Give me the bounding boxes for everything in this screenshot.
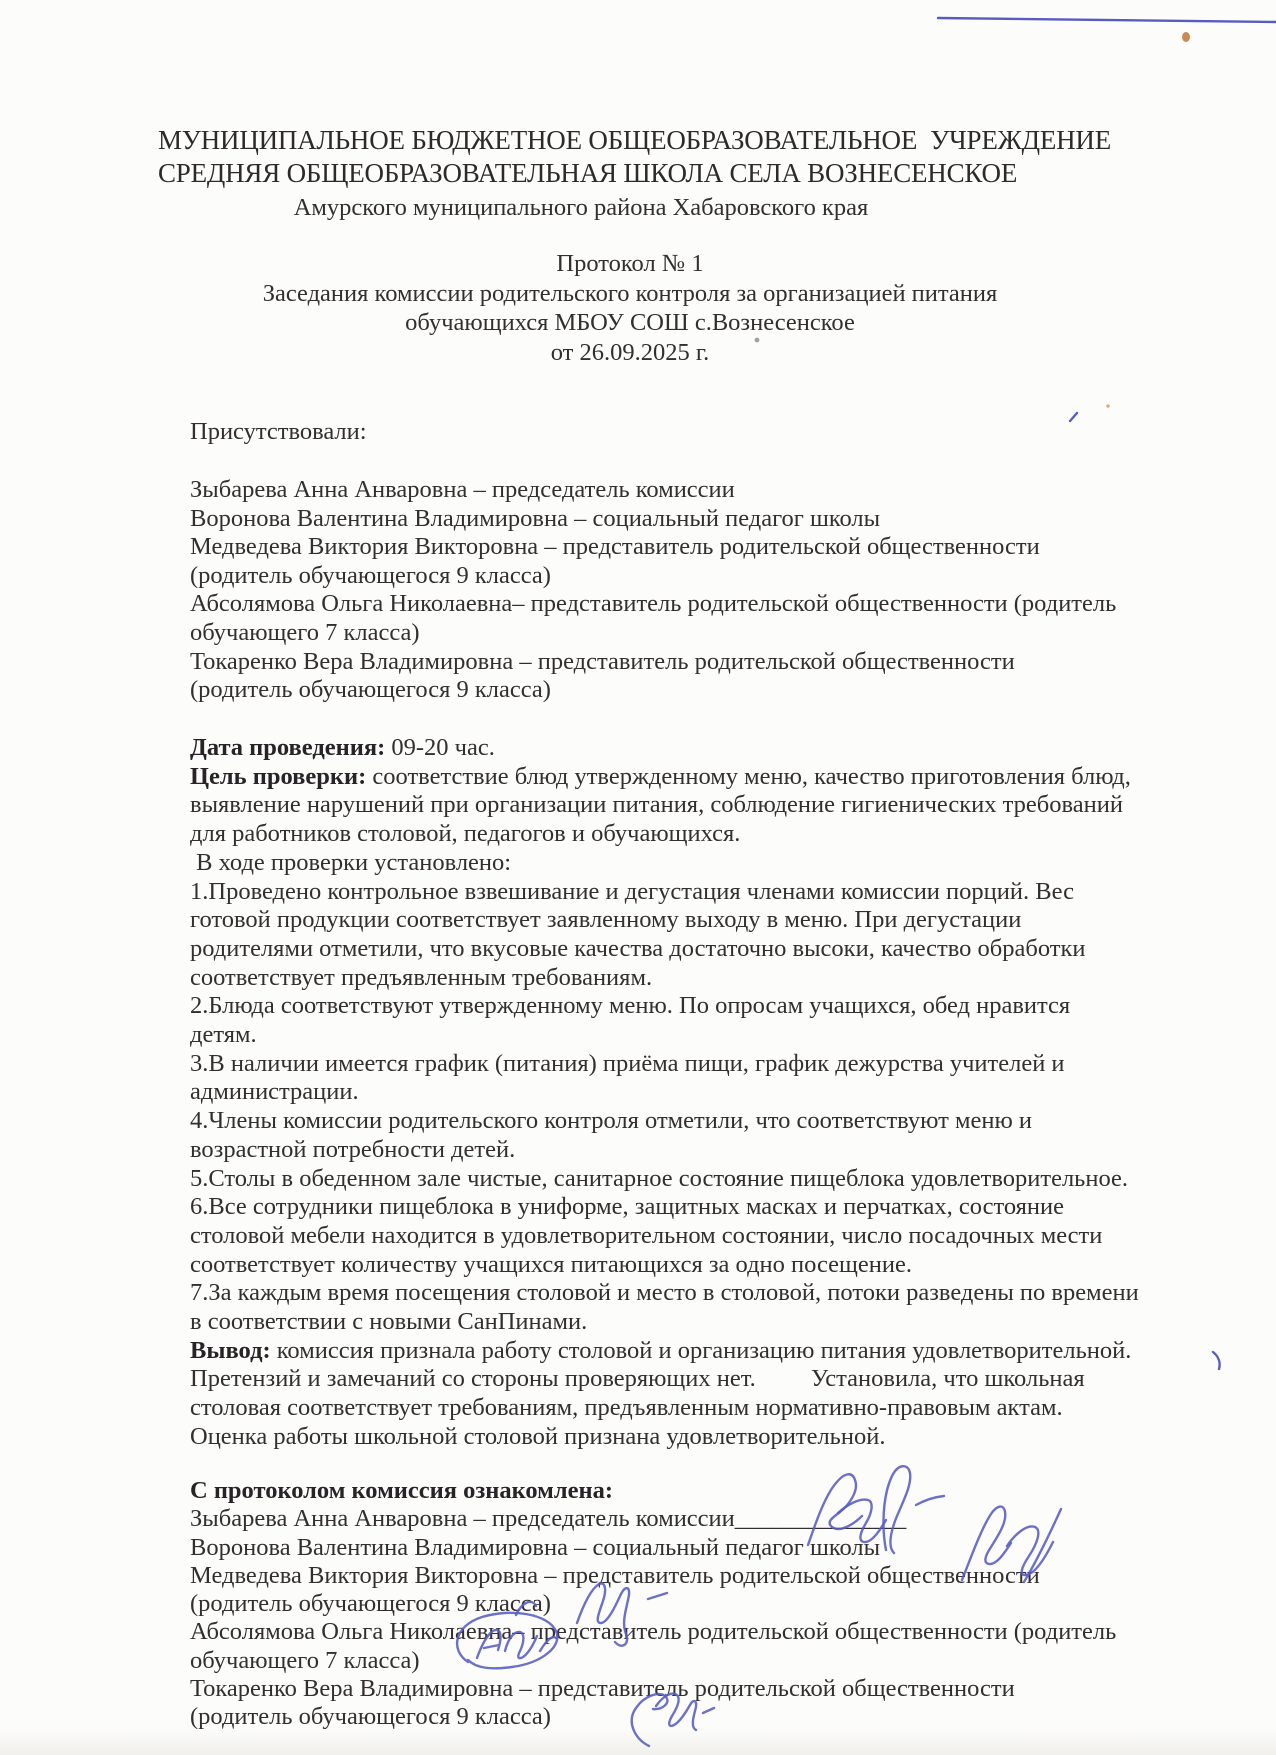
scan-speck-orange-2 [1106,404,1110,408]
body-text-line: 7.За каждым время посещения столовой и м… [190,1279,1180,1308]
body-text-line: Вывод: комиссия признала работу столовой… [190,1337,1180,1366]
acknowledgement-line: обучающего 7 класса) [190,1647,1180,1675]
document-header: МУНИЦИПАЛЬНОЕ БЮДЖЕТНОЕ ОБЩЕОБРАЗОВАТЕЛЬ… [158,124,1004,223]
body-text-line: выявление нарушений при организации пита… [190,791,1180,820]
acknowledgement-block: С протоколом комиссия ознакомлена: Зыбар… [190,1477,1180,1732]
body-text-line: 4.Члены комиссии родительского контроля … [190,1107,1180,1136]
scan-speck-orange [1182,32,1190,42]
body-text-line: соответствует количеству учащихся питающ… [190,1251,1180,1280]
body-text-line: Дата проведения: 09-20 час. [190,734,1180,763]
scan-speck-blue [1070,413,1077,421]
acknowledgement-line: (родитель обучающегося 9 класса) [190,1590,1180,1618]
attendee-line: Токаренко Вера Владимировна – представит… [190,648,1116,677]
attendees-heading: Присутствовали: [190,418,367,446]
body-text-line: готовой продукции соответствует заявленн… [190,906,1180,935]
attendees-list: Зыбарева Анна Анваровна – председатель к… [190,476,1116,705]
acknowledgement-heading: С протоколом комиссия ознакомлена: [190,1477,1180,1505]
body-text-line: возрастной потребности детей. [190,1136,1180,1165]
acknowledgement-line: Воронова Валентина Владимировна – социал… [190,1534,1180,1562]
body-text-line: 1.Проведено контрольное взвешивание и де… [190,878,1180,907]
body-text-line: столовой мебели находится в удовлетворит… [190,1222,1180,1251]
attendee-line: Абсолямова Ольга Николаевна– представите… [190,590,1116,619]
acknowledgement-line: Абсолямова Ольга Николаевна– представите… [190,1618,1180,1646]
body-text-line: столовая соответствует требованиям, пред… [190,1394,1180,1423]
org-district-line: Амурского муниципального района Хабаровс… [158,192,1004,223]
scan-edge-shading [0,1729,1276,1755]
scanned-document-page: МУНИЦИПАЛЬНОЕ БЮДЖЕТНОЕ ОБЩЕОБРАЗОВАТЕЛЬ… [0,0,1276,1755]
org-name-line1: МУНИЦИПАЛЬНОЕ БЮДЖЕТНОЕ ОБЩЕОБРАЗОВАТЕЛЬ… [158,124,1004,157]
acknowledgement-line: (родитель обучающегося 9 класса) [190,1703,1180,1731]
attendee-line: (родитель обучающегося 9 класса) [190,562,1116,591]
body-text-line: В ходе проверки установлено: [190,849,1180,878]
body-text-line: 2.Блюда соответствуют утвержденному меню… [190,992,1180,1021]
body-text-line: 5.Столы в обеденном зале чистые, санитар… [190,1165,1180,1194]
attendee-line: Медведева Виктория Викторовна – представ… [190,533,1116,562]
body-text-line: соответствует предъявленным требованиям. [190,964,1180,993]
attendee-line: Воронова Валентина Владимировна – социал… [190,505,1116,534]
body-text-line: детям. [190,1021,1180,1050]
body-text-line: администрации. [190,1078,1180,1107]
body-text-line: для работников столовой, педагогов и обу… [190,820,1180,849]
scan-speck-claw [1213,1352,1220,1369]
protocol-title-block: Протокол № 1 Заседания комиссии родитель… [180,249,1080,367]
attendee-line: Зыбарева Анна Анваровна – председатель к… [190,476,1116,505]
acknowledgement-line: Медведева Виктория Викторовна – представ… [190,1562,1180,1590]
protocol-number: Протокол № 1 [180,249,1080,279]
body-text-line: 3.В наличии имеется график (питания) при… [190,1050,1180,1079]
body-text-line: в соответствии с новыми СанПинами. [190,1308,1180,1337]
acknowledgement-line: Зыбарева Анна Анваровна – председатель к… [190,1505,1180,1533]
attendee-line: (родитель обучающегося 9 класса) [190,676,1116,705]
protocol-body: Дата проведения: 09-20 час. Цель проверк… [190,734,1180,1452]
acknowledgement-line: Токаренко Вера Владимировна – представит… [190,1675,1180,1703]
protocol-subject-line1: Заседания комиссии родительского контрол… [180,279,1080,309]
attendee-line: обучающего 7 класса) [190,619,1116,648]
body-text-line: 6.Все сотрудники пищеблока в униформе, з… [190,1193,1180,1222]
body-text-line: родителями отметили, что вкусовые качест… [190,935,1180,964]
protocol-date: от 26.09.2025 г. [180,338,1080,368]
body-text-line: Цель проверки: соответствие блюд утвержд… [190,763,1180,792]
protocol-subject-line2: обучающихся МБОУ СОШ с.Вознесенское [180,308,1080,338]
body-text-line: Претензий и замечаний со стороны проверя… [190,1365,1180,1394]
org-name-line2: СРЕДНЯЯ ОБЩЕОБРАЗОВАТЕЛЬНАЯ ШКОЛА СЕЛА В… [158,157,1004,190]
body-text-line: Оценка работы школьной столовой признана… [190,1423,1180,1452]
